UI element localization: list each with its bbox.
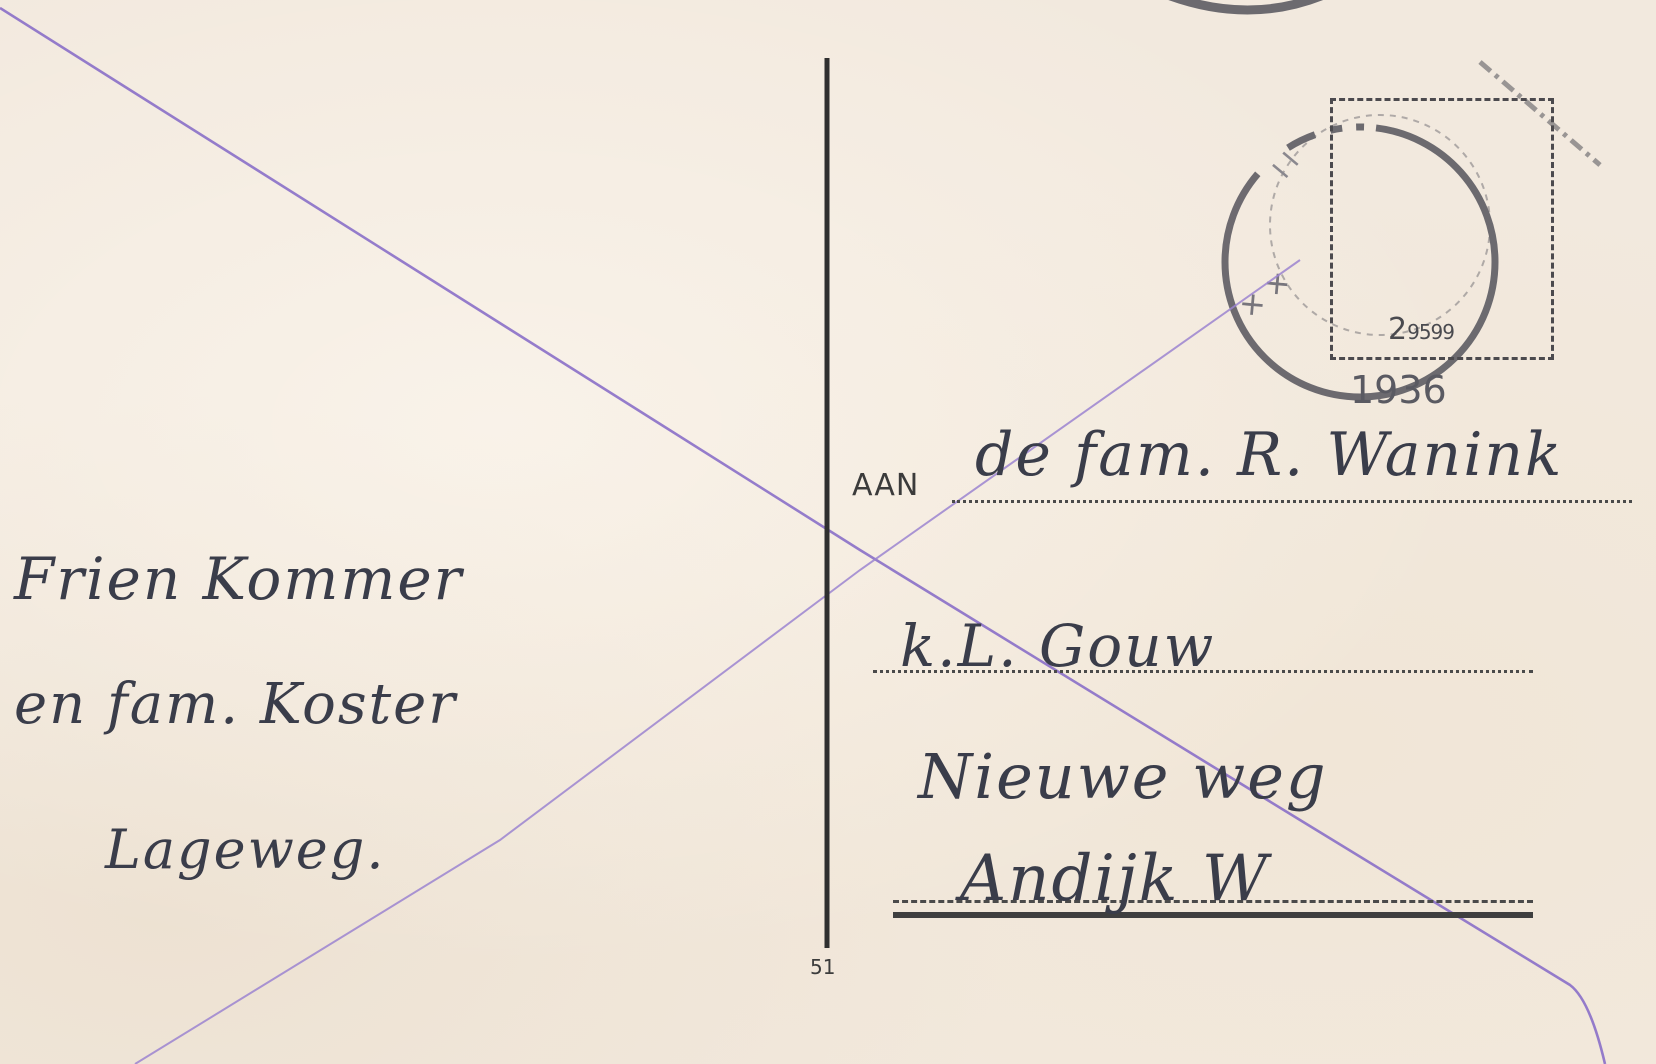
postcard-back: ✕ ✕ I I Frien Kommer en fam. Koster Lage… (0, 0, 1656, 1064)
stamp-code: 29599 (1388, 312, 1454, 347)
address-line-2: k.L. Gouw (900, 612, 1215, 680)
address-line-3: Nieuwe weg (918, 740, 1328, 813)
postmark-year: 1936 (1350, 368, 1447, 412)
svg-text:✕ ✕: ✕ ✕ (1233, 264, 1297, 325)
address-label: AAN (852, 468, 919, 503)
message-line-2: en fam. Koster (14, 672, 457, 737)
address-dotted-line-1 (952, 500, 1632, 503)
card-number: 51 (810, 955, 835, 979)
address-line-1: de fam. R. Wanink (975, 420, 1563, 490)
svg-text:I I: I I (1267, 147, 1305, 184)
message-line-1: Frien Kommer (14, 545, 463, 613)
address-line-4: Andijk W (960, 842, 1270, 916)
message-line-3: Lageweg. (105, 818, 386, 881)
